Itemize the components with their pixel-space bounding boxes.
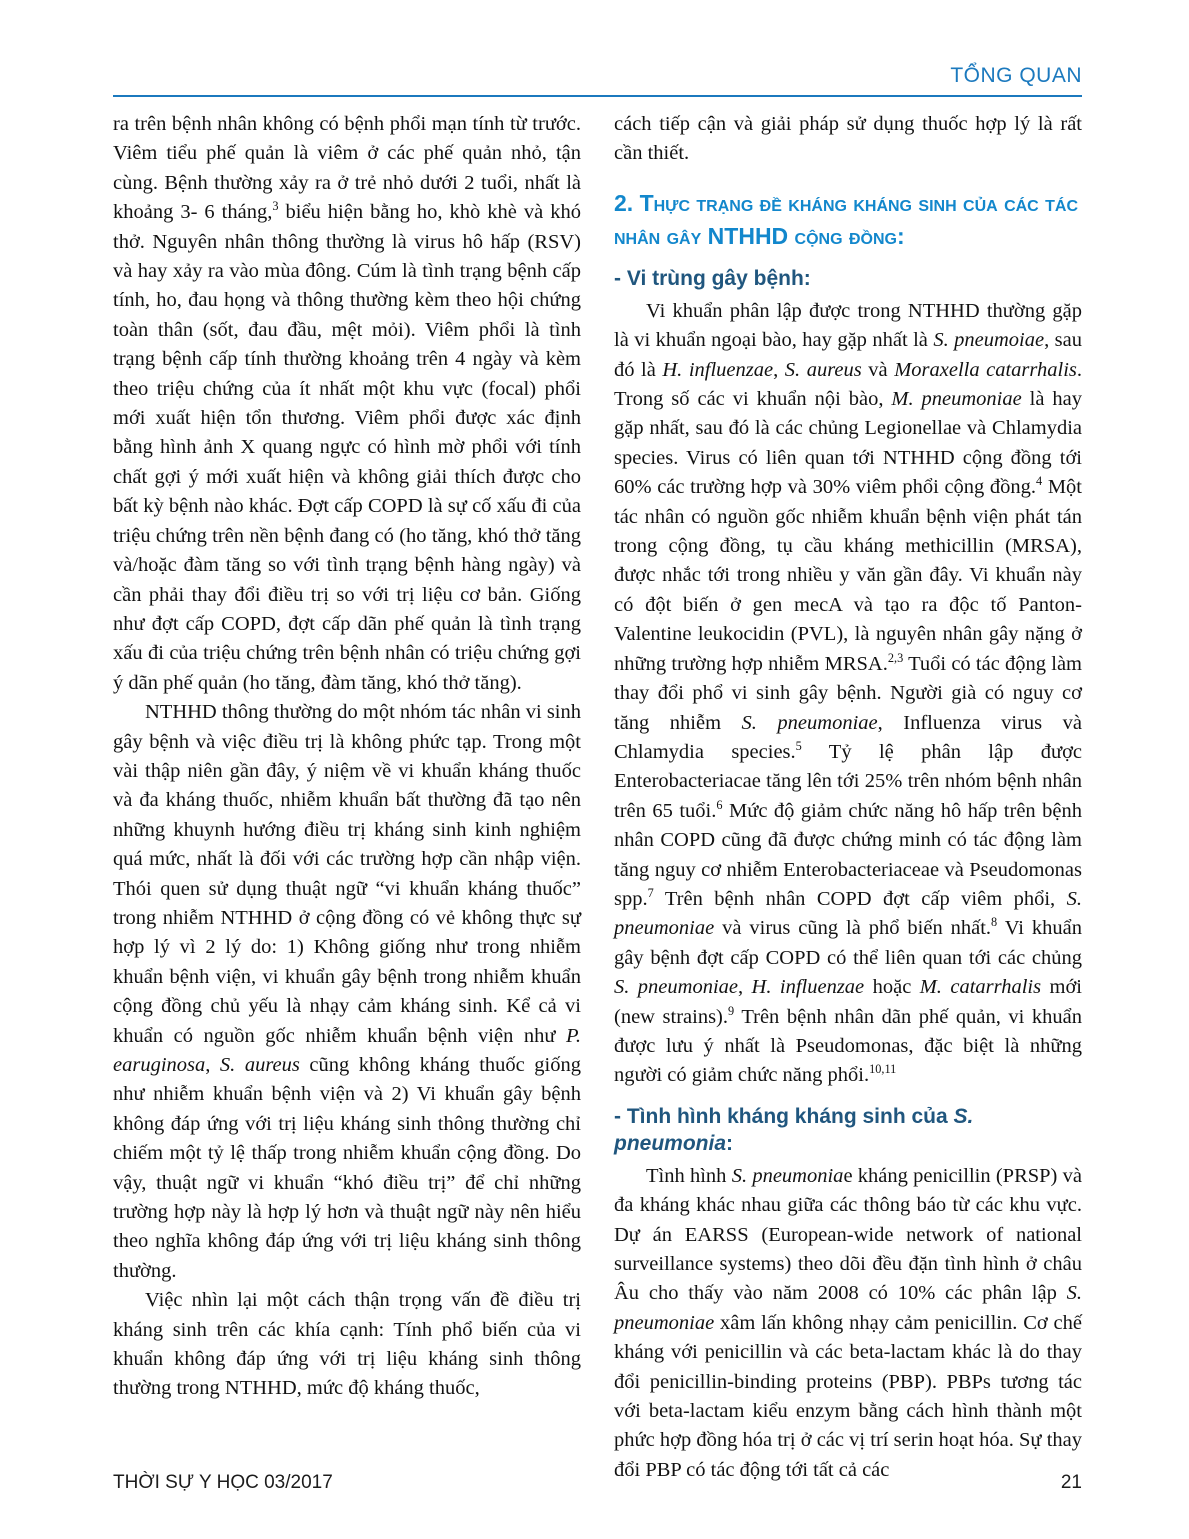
journal-name: THỜI SỰ Y HỌC 03/2017 — [113, 1472, 333, 1494]
page-footer: THỜI SỰ Y HỌC 03/2017 21 — [113, 1472, 1082, 1494]
page-number: 21 — [1061, 1472, 1082, 1494]
left-paragraph-3: Việc nhìn lại một cách thận trọng vấn đề… — [113, 1286, 581, 1404]
page-header: TỔNG QUAN — [113, 64, 1082, 88]
two-column-body: ra trên bệnh nhân không có bệnh phổi mạn… — [113, 110, 1082, 1485]
right-column: cách tiếp cận và giải pháp sử dụng thuốc… — [614, 110, 1082, 1485]
subheading-pathogens: - Vi trùng gây bệnh: — [614, 265, 1082, 292]
resistance-paragraph: Tình hình S. pneumoniae kháng penicillin… — [614, 1162, 1082, 1485]
section-heading-2: 2. Thực trạng đề kháng kháng sinh của cá… — [614, 187, 1082, 253]
pathogens-paragraph: Vi khuẩn phân lập được trong NTHHD thườn… — [614, 297, 1082, 1091]
left-column: ra trên bệnh nhân không có bệnh phổi mạn… — [113, 110, 581, 1485]
journal-page: TỔNG QUAN ra trên bệnh nhân không có bện… — [0, 0, 1189, 1539]
right-continuation-paragraph: cách tiếp cận và giải pháp sử dụng thuốc… — [614, 110, 1082, 169]
section-label: TỔNG QUAN — [950, 64, 1082, 87]
left-paragraph-2: NTHHD thông thường do một nhóm tác nhân … — [113, 698, 581, 1286]
left-paragraph-1: ra trên bệnh nhân không có bệnh phổi mạn… — [113, 110, 581, 698]
header-rule — [113, 95, 1082, 97]
subheading-pneumonia-resistance: - Tình hình kháng kháng sinh của S. pneu… — [614, 1103, 1082, 1157]
